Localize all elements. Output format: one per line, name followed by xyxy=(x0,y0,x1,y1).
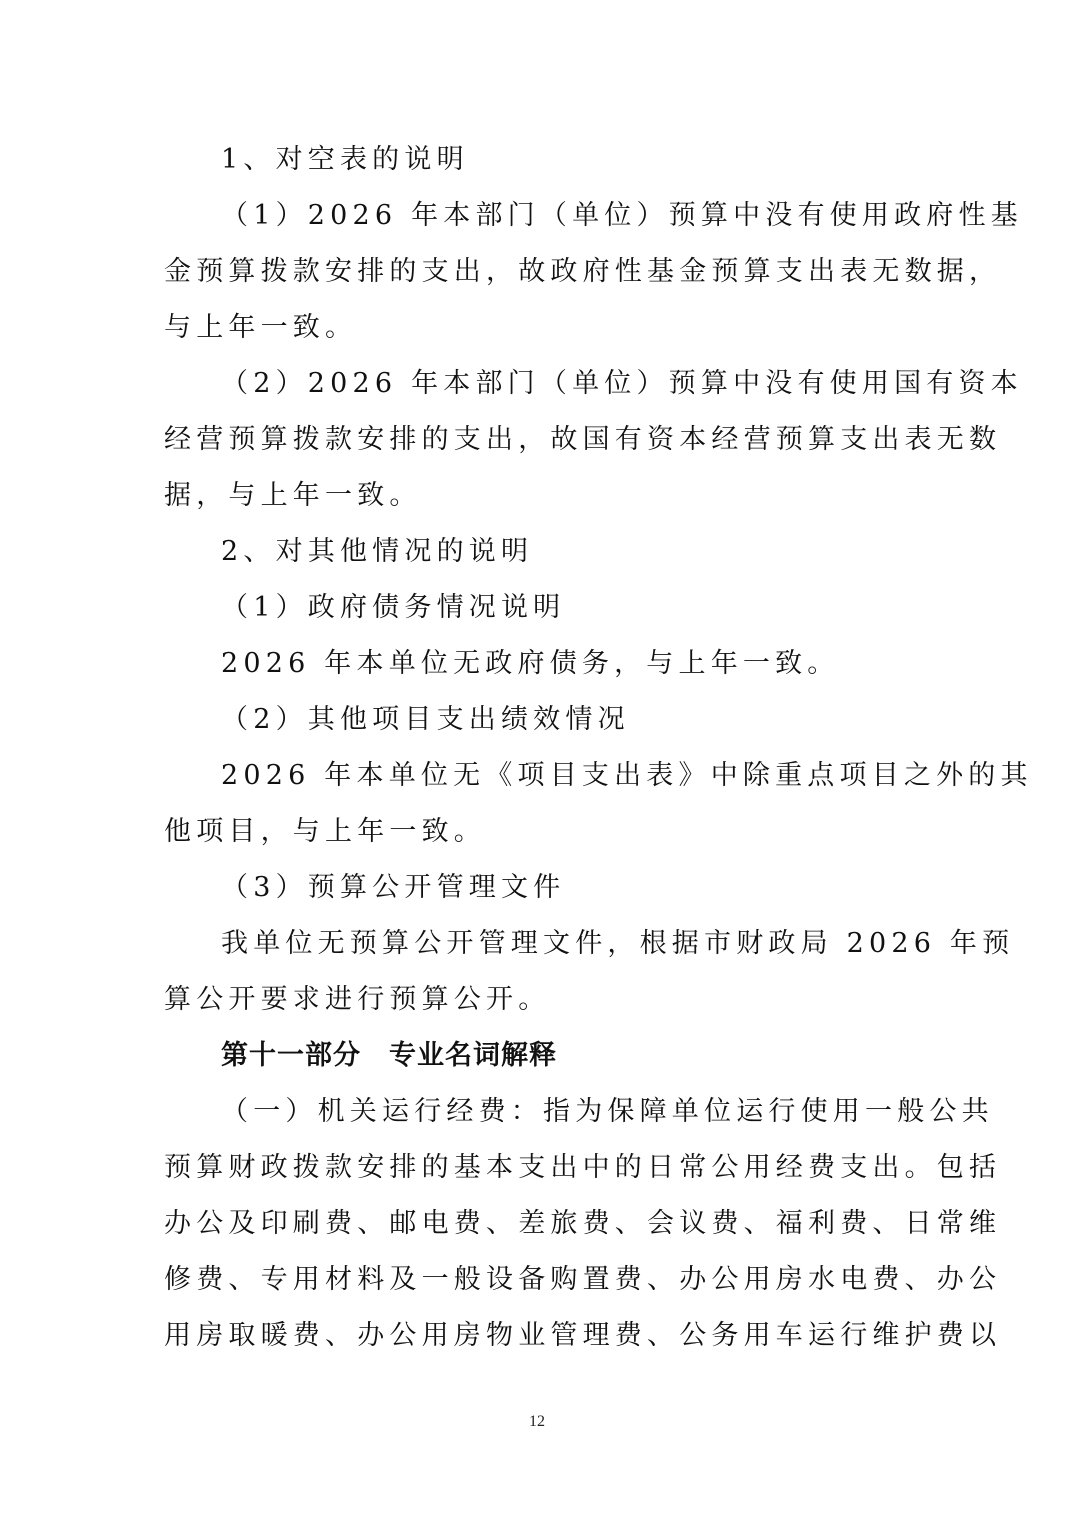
text-line: （1）2026 年本部门（单位）预算中没有使用政府性基 xyxy=(221,200,912,232)
page-number: 12 xyxy=(0,1413,1074,1431)
section-heading: 第十一部分 专业名词解释 xyxy=(221,1040,912,1072)
text-line: 经营预算拨款安排的支出，故国有资本经营预算支出表无数 xyxy=(164,424,912,456)
text-line: 2026 年本单位无政府债务，与上年一致。 xyxy=(221,648,912,680)
text-line: 用房取暖费、办公用房物业管理费、公务用车运行维护费以 xyxy=(164,1320,912,1352)
text-line: 办公及印刷费、邮电费、差旅费、会议费、福利费、日常维 xyxy=(164,1208,912,1240)
text-line: 2026 年本单位无《项目支出表》中除重点项目之外的其 xyxy=(221,760,912,792)
text-line: 修费、专用材料及一般设备购置费、办公用房水电费、办公 xyxy=(164,1264,912,1296)
text-line: 金预算拨款安排的支出，故政府性基金预算支出表无数据， xyxy=(164,256,912,288)
text-line: 他项目，与上年一致。 xyxy=(164,816,912,848)
text-line: （2）2026 年本部门（单位）预算中没有使用国有资本 xyxy=(221,368,912,400)
text-line: （3）预算公开管理文件 xyxy=(221,872,912,904)
text-line: （1）政府债务情况说明 xyxy=(221,592,912,624)
text-line: 我单位无预算公开管理文件，根据市财政局 2026 年预 xyxy=(221,928,912,960)
text-line: 1、对空表的说明 xyxy=(221,144,912,176)
text-line: （一）机关运行经费：指为保障单位运行使用一般公共 xyxy=(221,1096,912,1128)
text-line: （2）其他项目支出绩效情况 xyxy=(221,704,912,736)
text-line: 据，与上年一致。 xyxy=(164,480,912,512)
text-line: 预算财政拨款安排的基本支出中的日常公用经费支出。包括 xyxy=(164,1152,912,1184)
text-line: 算公开要求进行预算公开。 xyxy=(164,984,912,1016)
text-line: 2、对其他情况的说明 xyxy=(221,536,912,568)
text-line: 与上年一致。 xyxy=(164,312,912,344)
